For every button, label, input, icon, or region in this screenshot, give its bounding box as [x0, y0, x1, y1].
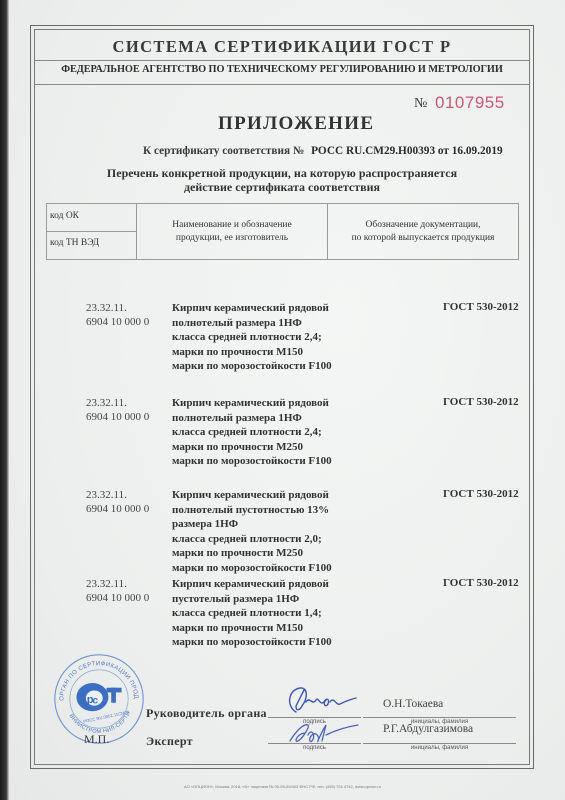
expert-label: Эксперт	[146, 734, 193, 749]
table-header: код ОК код ТН ВЭД Наименование и обознач…	[46, 203, 519, 260]
row-code-ok: 23.32.11.	[86, 577, 149, 591]
expert-name: Р.Г.Абдулгазимова	[383, 723, 473, 735]
row-standard: ГОСТ 530-2012	[443, 396, 519, 408]
description-line: полнотелый пустотностью 13%	[172, 503, 332, 518]
product-list-intro: Перечень конкретной продукции, на котору…	[34, 166, 530, 194]
header-name-line-1: Наименование и обозначение	[172, 219, 291, 232]
row-code-tn-ved: 6904 10 000 0	[86, 591, 149, 605]
description-line: Кирпич керамический рядовой	[172, 301, 332, 316]
intro-line-2: действие сертификата соответствия	[34, 180, 530, 194]
description-line: пустотелый размера 1НФ	[172, 592, 332, 607]
description-line: марки по морозостойкости F100	[172, 561, 332, 576]
description-line: Кирпич керамический рядовой	[172, 577, 332, 592]
scan-edge	[0, 0, 9, 800]
description-line: марки по прочности М250	[172, 546, 332, 561]
svg-text:c: c	[92, 696, 98, 707]
description-line: марки по прочности М250	[172, 440, 332, 455]
row-description: Кирпич керамический рядовой пустотелый р…	[172, 577, 332, 650]
description-line: марки по морозостойкости F100	[172, 454, 332, 469]
row-description: Кирпич керамический рядовой полнотелый р…	[172, 396, 332, 469]
appendix-title: ПРИЛОЖЕНИЕ	[218, 113, 374, 135]
head-name: О.Н.Токаева	[383, 698, 443, 710]
description-line: размера 1НФ	[172, 517, 332, 532]
row-code-ok: 23.32.11.	[86, 488, 149, 502]
description-line: марки по прочности М150	[172, 345, 332, 360]
expert-name-caption: инициалы, фамилия	[363, 745, 516, 751]
expert-name-line	[363, 743, 516, 744]
row-description: Кирпич керамический рядовой полнотелый п…	[172, 488, 332, 575]
description-line: марки по морозостойкости F100	[172, 635, 332, 650]
header-name-line-2: продукции, ее изготовитель	[172, 232, 291, 245]
row-code-tn-ved: 6904 10 000 0	[86, 315, 149, 329]
description-line: класса средней плотности 2,4;	[172, 425, 332, 440]
header-code-ok: код ОК	[50, 211, 79, 221]
head-label: Руководитель органа	[146, 706, 267, 721]
doc-column-header: Обозначение документации, по которой вып…	[328, 204, 518, 259]
system-title: СИСТЕМА СЕРТИФИКАЦИИ ГОСТ Р	[34, 37, 530, 57]
intro-line-1: Перечень конкретной продукции, на котору…	[34, 166, 530, 180]
form-number-label: №	[414, 96, 427, 112]
expert-signature-caption: подпись	[268, 745, 361, 751]
row-code-tn-ved: 6904 10 000 0	[86, 410, 149, 424]
row-standard: ГОСТ 530-2012	[443, 577, 519, 589]
row-codes: 23.32.11. 6904 10 000 0	[86, 396, 149, 424]
row-description: Кирпич керамический рядовой полнотелый р…	[172, 301, 332, 374]
description-line: Кирпич керамический рядовой	[172, 396, 332, 411]
description-line: марки по прочности М150	[172, 621, 332, 636]
head-name-line	[363, 717, 516, 718]
header-divider-bottom	[34, 84, 530, 85]
row-codes: 23.32.11. 6904 10 000 0	[86, 577, 149, 605]
name-column-header: Наименование и обозначение продукции, ее…	[137, 204, 328, 259]
seal-place-label: М.П.	[84, 732, 109, 747]
row-standard: ГОСТ 530-2012	[443, 301, 519, 313]
row-standard: ГОСТ 530-2012	[443, 488, 519, 500]
row-code-ok: 23.32.11.	[86, 396, 149, 410]
row-codes: 23.32.11. 6904 10 000 0	[86, 488, 149, 516]
certificate-label: К сертификату соответствия №	[143, 145, 304, 157]
code-header-divider	[47, 231, 136, 232]
form-number: 0107955	[435, 93, 505, 113]
printer-footer: АО «ОПЦИОН», Москва, 2018, «Б» лицензия …	[0, 784, 565, 789]
description-line: полнотелый размера 1НФ	[172, 316, 332, 331]
code-column-header: код ОК код ТН ВЭД	[47, 204, 137, 259]
description-line: класса средней плотности 2,0;	[172, 532, 332, 547]
certificate-number: РОСС RU.СМ29.Н00393 от 16.09.2019	[311, 145, 503, 157]
header-code-tn-ved: код ТН ВЭД	[50, 238, 99, 248]
description-line: Кирпич керамический рядовой	[172, 488, 332, 503]
certificate-reference: К сертификату соответствия № РОСС RU.СМ2…	[143, 145, 503, 157]
agency-subtitle: ФЕДЕРАЛЬНОЕ АГЕНТСТВО ПО ТЕХНИЧЕСКОМУ РЕ…	[34, 64, 530, 75]
expert-signature-icon	[286, 717, 362, 747]
appendix-number: 1	[360, 120, 366, 132]
row-codes: 23.32.11. 6904 10 000 0	[86, 301, 149, 329]
row-code-tn-ved: 6904 10 000 0	[86, 502, 149, 516]
head-signature-icon	[282, 680, 362, 718]
description-line: марки по морозостойкости F100	[172, 359, 332, 374]
header-divider	[34, 60, 530, 61]
header-doc-line-2: по которой выпускается продукция	[352, 232, 495, 245]
description-line: класса средней плотности 1,4;	[172, 606, 332, 621]
description-line: класса средней плотности 2,4;	[172, 330, 332, 345]
description-line: полнотелый размера 1НФ	[172, 411, 332, 426]
header-doc-line-1: Обозначение документации,	[352, 219, 495, 232]
row-code-ok: 23.32.11.	[86, 301, 149, 315]
